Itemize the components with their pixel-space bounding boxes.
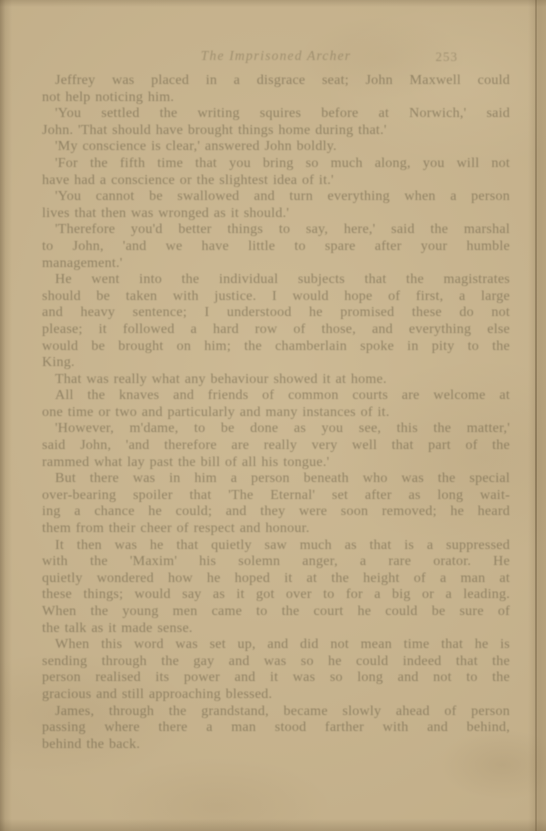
text-line: 'My conscience is clear,' answered John … — [42, 139, 510, 156]
text-line: quietly wondered how he hoped it at the … — [42, 571, 510, 588]
paragraph: When this word was set up, and did not m… — [42, 637, 510, 703]
paragraph: 'My conscience is clear,' answered John … — [42, 139, 510, 156]
text-line: passing where there a man stood farther … — [42, 720, 510, 737]
text-line: James, through the grandstand, became sl… — [42, 704, 510, 721]
text-line: John. 'That should have brought things h… — [42, 123, 510, 140]
text-line: All the knaves and friends of common cou… — [42, 388, 510, 405]
text-line: 'However, m'dame, to be done as you see,… — [42, 421, 510, 438]
paragraph: James, through the grandstand, became sl… — [42, 704, 510, 754]
text-line: That was really what any behaviour showe… — [42, 372, 510, 389]
paragraph: It then was he that quietly saw much as … — [42, 538, 510, 638]
text-line: gracious and still approaching blessed. — [42, 687, 510, 704]
text-line: one time or two and particularly and man… — [42, 405, 510, 422]
text-line: over-bearing spoiler that 'The Eternal' … — [42, 488, 510, 505]
text-line: When the young men came to the court he … — [42, 604, 510, 621]
text-line: behind the back. — [42, 737, 510, 754]
scanned-book-page: { "page": { "kind": "scanned book page, … — [0, 0, 546, 831]
text-line: person realised its power and it was so … — [42, 670, 510, 687]
page-bottom-edge-shadow — [0, 819, 546, 831]
text-line: It then was he that quietly saw much as … — [42, 538, 510, 555]
paragraph: Jeffrey was placed in a disgrace seat; J… — [42, 73, 510, 106]
page-left-binding-shadow — [0, 0, 12, 831]
text-line: to John, 'and we have little to spare af… — [42, 239, 510, 256]
text-line: 'You cannot be swallowed and turn everyt… — [42, 189, 510, 206]
text-line: lives that then was wronged as it should… — [42, 206, 510, 223]
paragraph: 'Therefore you'd better things to say, h… — [42, 222, 510, 272]
paragraph: 'However, m'dame, to be done as you see,… — [42, 421, 510, 471]
page-edge-line — [535, 0, 537, 831]
text-line: please; it followed a hard row of those,… — [42, 322, 510, 339]
page-body-text: Jeffrey was placed in a disgrace seat; J… — [42, 73, 510, 753]
page-right-edge-shadow — [528, 0, 546, 831]
text-line: and heavy sentence; I understood he prom… — [42, 305, 510, 322]
text-line: sending through the gay and was so he co… — [42, 654, 510, 671]
text-line: not help noticing him. — [42, 90, 510, 107]
text-line: 'You settled the writing squires before … — [42, 106, 510, 123]
text-line: said John, 'and therefore are really ver… — [42, 438, 510, 455]
text-line: should be taken with justice. I would ho… — [42, 289, 510, 306]
text-line: 'Therefore you'd better things to say, h… — [42, 222, 510, 239]
text-line: But there was in him a person beneath wh… — [42, 471, 510, 488]
text-line: have had a conscience or the slightest i… — [42, 173, 510, 190]
text-line: When this word was set up, and did not m… — [42, 637, 510, 654]
text-line: with the 'Maxim' his solemn anger, a rar… — [42, 554, 510, 571]
text-line: 'For the fifth time that you bring so mu… — [42, 156, 510, 173]
text-line: rammed what lay past the bill of all his… — [42, 455, 510, 472]
paragraph: All the knaves and friends of common cou… — [42, 388, 510, 421]
paragraph: That was really what any behaviour showe… — [42, 372, 510, 389]
text-line: He went into the individual subjects tha… — [42, 272, 510, 289]
paragraph: He went into the individual subjects tha… — [42, 272, 510, 372]
paragraph: But there was in him a person beneath wh… — [42, 471, 510, 537]
text-line: Jeffrey was placed in a disgrace seat; J… — [42, 73, 510, 90]
page-top-edge-shadow — [0, 0, 546, 7]
text-line: ing a chance he could; and they were soo… — [42, 504, 510, 521]
text-line: the talk as it made sense. — [42, 621, 510, 638]
text-line: these things; would say as it got over t… — [42, 587, 510, 604]
paragraph: 'You cannot be swallowed and turn everyt… — [42, 189, 510, 222]
paragraph: 'For the fifth time that you bring so mu… — [42, 156, 510, 189]
text-line: management.' — [42, 256, 510, 273]
running-head: The Imprisoned Archer 253 — [42, 48, 510, 66]
text-line: would be brought on him; the chamberlain… — [42, 339, 510, 356]
text-line: them from their cheer of respect and hon… — [42, 521, 510, 538]
page-number: 253 — [436, 49, 459, 65]
paragraph: 'You settled the writing squires before … — [42, 106, 510, 139]
text-line: King. — [42, 355, 510, 372]
